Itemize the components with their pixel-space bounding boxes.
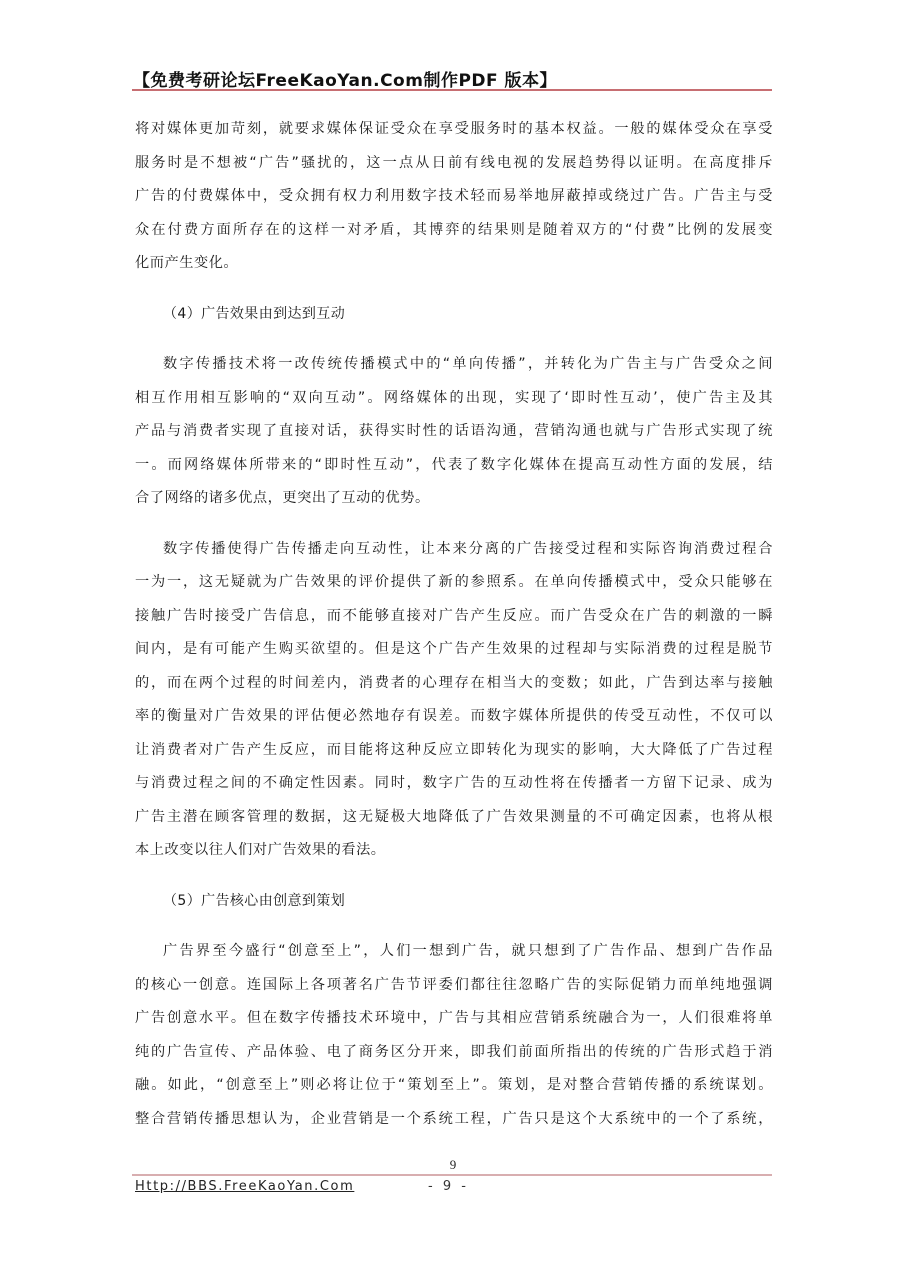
text-line: 接触广告时接受广告信息，而不能够直接对广告产生反应。而广告受众在广告的刺激的一瞬 [135,600,773,634]
text-line: 的，而在两个过程的时间差内，消费者的心理存在相当大的变数；如此，广告到达率与接触 [135,667,773,701]
text-line: 广告主潜在顾客管理的数据，这无疑极大地降低了广告效果测量的不可确定因素，也将从根 [135,801,773,835]
text-line: 与消费过程之间的不确定性因素。同时，数字广告的互动性将在传播者一方留下记录、成为 [135,767,773,801]
text-line: 纯的广告宣传、产品体验、电了商务区分开来，即我们前面所指出的传统的广告形式趋于消 [135,1036,773,1070]
text-line: 本上改变以往人们对广告效果的看法。 [135,834,773,868]
header-divider [132,89,772,91]
text-line: 广告的付费媒体中，受众拥有权力利用数字技术轻而易举地屏蔽掉或绕过广告。广告主与受 [135,180,773,214]
text-line: 将对媒体更加苛刻，就要求媒体保证受众在享受服务时的基本权益。一般的媒体受众在享受 [135,113,773,147]
document-body: 将对媒体更加苛刻，就要求媒体保证受众在享受服务时的基本权益。一般的媒体受众在享受… [135,113,773,1136]
text-line: 融。如此，“创意至上”则必将让位于“策划至上”。策划，是对整合营销传播的系统谋划… [135,1069,773,1103]
text-line: 整合营销传播思想认为，企业营销是一个系统工程，广告只是这个大系统中的一个了系统， [135,1103,773,1137]
text-line: 众在付费方面所存在的这样一对矛盾，其博弈的结果则是随着双方的“付费”比例的发展变 [135,214,773,248]
text-line: 广告界至今盛行“创意至上”，人们一想到广告，就只想到了广告作品、想到广告作品 [135,935,773,969]
paragraph-3: 数字传播使得广告传播走向互动性，让本来分离的广告接受过程和实际咨询消费过程合 一… [135,533,773,868]
text-line: 间内，是有可能产生购买欲望的。但是这个广告产生效果的过程却与实际消费的过程是脱节 [135,633,773,667]
text-line: 服务时是不想被“广告”骚扰的，这一点从日前有线电视的发展趋势得以证明。在高度排斥 [135,147,773,181]
footer-page-label: - 9 - [428,1179,469,1194]
page-header-title: 【免费考研论坛FreeKaoYan.Com制作PDF 版本】 [133,66,773,91]
text-line: 数字传播技术将一改传统传播模式中的“单向传播”，并转化为广告主与广告受众之间 [135,348,773,382]
footer-site-link[interactable]: Http://BBS.FreeKaoYan.Com [135,1179,354,1194]
text-line: 的核心一创意。连国际上各项著名广告节评委们都往往忽略广告的实际促销力而单纯地强调 [135,969,773,1003]
text-line: 一。而网络媒体所带来的“即时性互动”，代表了数字化媒体在提高互动性方面的发展，结 [135,449,773,483]
text-line: 率的衡量对广告效果的评估便必然地存有误差。而数字媒体所提供的传受互动性，不仅可以 [135,700,773,734]
document-page: 【免费考研论坛FreeKaoYan.Com制作PDF 版本】 将对媒体更加苛刻，… [0,0,900,1272]
paragraph-4: 广告界至今盛行“创意至上”，人们一想到广告，就只想到了广告作品、想到广告作品 的… [135,935,773,1136]
text-line: 让消费者对广告产生反应，而目能将这种反应立即转化为现实的影响，大大降低了广告过程 [135,734,773,768]
text-line: 数字传播使得广告传播走向互动性，让本来分离的广告接受过程和实际咨询消费过程合 [135,533,773,567]
page-number: 9 [443,1157,463,1173]
text-line: 广告创意水平。但在数字传播技术环境中，广告与其相应营销系统融合为一，人们很难将单 [135,1002,773,1036]
footer-divider [132,1174,772,1176]
section-heading-4: （4）广告效果由到达到互动 [135,298,773,332]
text-line: 产品与消费者实现了直接对话，获得实时性的话语沟通，营销沟通也就与广告形式实现了统 [135,415,773,449]
text-line: 一为一，这无疑就为广告效果的评价提供了新的参照系。在单向传播模式中，受众只能够在 [135,566,773,600]
text-line: 化而产生变化。 [135,247,773,281]
paragraph-1: 将对媒体更加苛刻，就要求媒体保证受众在享受服务时的基本权益。一般的媒体受众在享受… [135,113,773,281]
text-line: 相互作用相互影响的“双向互动”。网络媒体的出现，实现了‘即时性互动’，使广告主及… [135,382,773,416]
section-heading-5: （5）广告核心由创意到策划 [135,885,773,919]
paragraph-2: 数字传播技术将一改传统传播模式中的“单向传播”，并转化为广告主与广告受众之间 相… [135,348,773,516]
text-line: 合了网络的诸多优点，更突出了互动的优势。 [135,482,773,516]
